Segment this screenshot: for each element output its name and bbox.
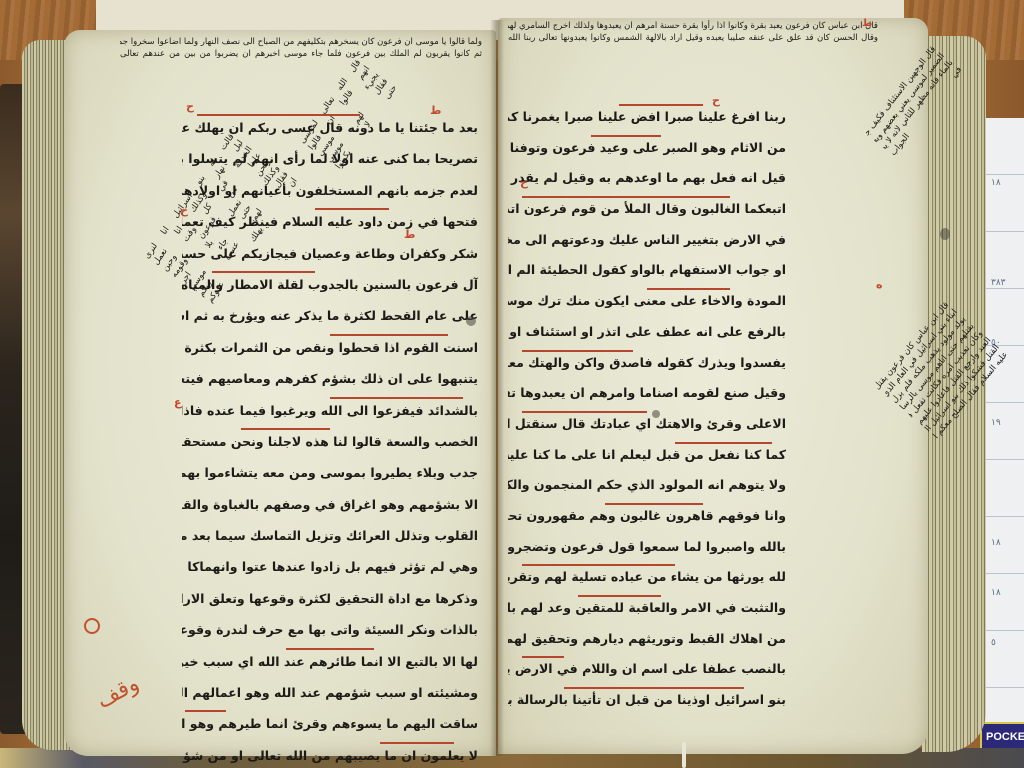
text-line: على عام القحط لكثرة ما يذكر عنه ويؤرخ به… [182,300,478,331]
text-line: اتبعكما الغالبون وقال الملأ من قوم فرعون… [508,194,786,225]
text-line: يفسدوا ويذرك كقوله فاصدق واكن والهتك معب… [508,348,786,379]
text-line: من اهلاك القبط وتوريثهم ديارهم وتحقيق له… [508,624,786,655]
text-line: لله يورثها من يشاء من عباده تسلية لهم وت… [508,562,786,593]
ink-stain [652,410,660,418]
text-line: بالرفع على انه عطف على اتذر او استئناف ا… [508,317,786,348]
text-line: بنو اسرائيل اوذينا من قبل ان تأتينا بالر… [508,685,786,716]
text-line: يتنبهوا على ان ذلك بشؤم كفرهم ومعاصيهم ف… [182,363,478,394]
text-line: كما كنا نفعل من قبل ليعلم انا على ما كنا… [508,440,786,471]
left-header-text: ولما قالوا يا موسى ان فرعون كان يسخرهم ب… [120,36,482,60]
text-line: بالله واصبروا لما سمعوا قول فرعون وتضجرو… [508,532,786,563]
text-line: اسنت القوم اذا قحطوا ونقص من الثمرات بكث… [182,332,478,363]
red-section-mark: ع [174,396,182,409]
text-line: بالنصب عطفا على اسم ان واللام في الارض ي… [508,654,786,685]
text-line: جدب وبلاء يطيروا بموسى ومن معه يتشاءموا … [182,457,478,488]
text-line: تصريحا بما كنى عنه اولا لما رأى انهم لم … [182,143,478,174]
text-line: قال ابن عباس كان فرعون يعبد بقرة وكانوا … [508,20,878,32]
red-section-mark: ح [186,100,194,113]
red-section-mark: ح [180,204,188,217]
index-mark: ٣٨٣ [991,278,1006,288]
text-line: وقيل صنع لقومه اصناما وامرهم ان يعبدوها … [508,378,786,409]
red-section-mark: ه [876,278,883,291]
index-mark: ١٨ [991,588,1001,598]
text-line: من الاثام وهو الصبر على وعيد فرعون وتوفن… [508,133,786,164]
text-line: وقال الحسن كان قد علق على عنقه صليبا يعب… [508,32,878,44]
red-section-mark: ط [430,104,441,117]
left-body-text: بعد ما جئتنا يا ما دونه قال عسى ربكم ان … [182,112,478,768]
text-line: لها الا بالتبع الا انما طائرهم عند الله … [182,646,478,677]
red-section-mark: ط [862,18,872,29]
index-mark: ١٨ [991,538,1001,548]
index-card: ١٨ ٣٨٣ ٥٠ ١٩ ١٨ ١٨ ٥ [982,118,1024,728]
index-mark: ٥ [991,638,996,648]
text-line: آل فرعون بالسنين بالجدوب لقلة الامطار وا… [182,269,478,300]
ink-stain [466,316,476,326]
text-line: لا يعلمون ان ما يصيبهم من الله تعالى او … [182,740,478,768]
text-line: فتحها في زمن داود عليه السلام فينظر كيف … [182,206,478,237]
text-line: الخصب والسعة قالوا لنا هذه لاجلنا ونحن م… [182,426,478,457]
text-line: بالذات ونكر السيئة واتى بها مع حرف لندرة… [182,614,478,645]
text-line: والتثبت في الامر والعاقبة للمتقين وعد له… [508,593,786,624]
text-line: بالشدائد فيفزعوا الى الله ويرغبوا فيما ع… [182,395,478,426]
index-mark: ١٩ [991,418,1001,428]
text-line: ساقت اليهم ما يسوءهم وقرئ انما طيرهم وهو… [182,708,478,739]
text-line: او جواب الاستفهام بالواو كقول الحطيئة ال… [508,255,786,286]
text-line: ثم كانوا يقربون لم الملك بين فرعون فلما … [120,48,482,60]
index-mark: ١٨ [991,178,1001,188]
text-line: الا بشؤمهم وهو اغراق في وصفهم بالغباوة و… [182,489,478,520]
text-line: لعدم جزمه بانهم المستخلفون بأعيانهم او ا… [182,175,478,206]
red-section-mark: ط [404,228,415,241]
text-line: ربنا افرغ علينا صبرا افض علينا صبرا يغمر… [508,102,786,133]
text-line: القلوب وتذلل العرائك وتزيل التماسك سيما … [182,520,478,551]
text-line: الاعلى وقرئ والاهتك اي عبادتك قال سنقتل … [508,409,786,440]
bookmark-ribbon [682,742,686,768]
text-line: ومشيئته او سبب شؤمهم عند الله وهو اعماله… [182,677,478,708]
text-line: ولما قالوا يا موسى ان فرعون كان يسخرهم ب… [120,36,482,48]
text-line: قيل انه فعل بهم ما اوعدهم به وقيل لم يقد… [508,163,786,194]
text-line: المودة والاخاء على معنى ايكون منك ترك مو… [508,286,786,317]
red-seal-dot [84,618,100,634]
text-line: وهي لم تؤثر فيهم بل زادوا عندها عتوا وان… [182,551,478,582]
right-body-text: ربنا افرغ علينا صبرا افض علينا صبرا يغمر… [508,102,786,716]
text-line: وذكرها مع اداة التحقيق لكثرة وقوعها وتعل… [182,583,478,614]
ink-stain [940,228,950,240]
book-gutter [490,20,504,756]
text-line: في الارض بتغيير الناس عليك ودعوتهم الى م… [508,225,786,256]
red-section-mark: ح [712,94,720,107]
red-section-mark: ح [520,176,528,189]
right-header-text: قال ابن عباس كان فرعون يعبد بقرة وكانوا … [508,20,878,44]
text-line: وانا فوقهم قاهرون غالبون وهم مقهورون تحت… [508,501,786,532]
text-line: شكر وكفران وطاعة وعصيان فيجازيكم على حسب… [182,238,478,269]
text-line: ولا يتوهم انه المولود الذي حكم المنجمون … [508,470,786,501]
